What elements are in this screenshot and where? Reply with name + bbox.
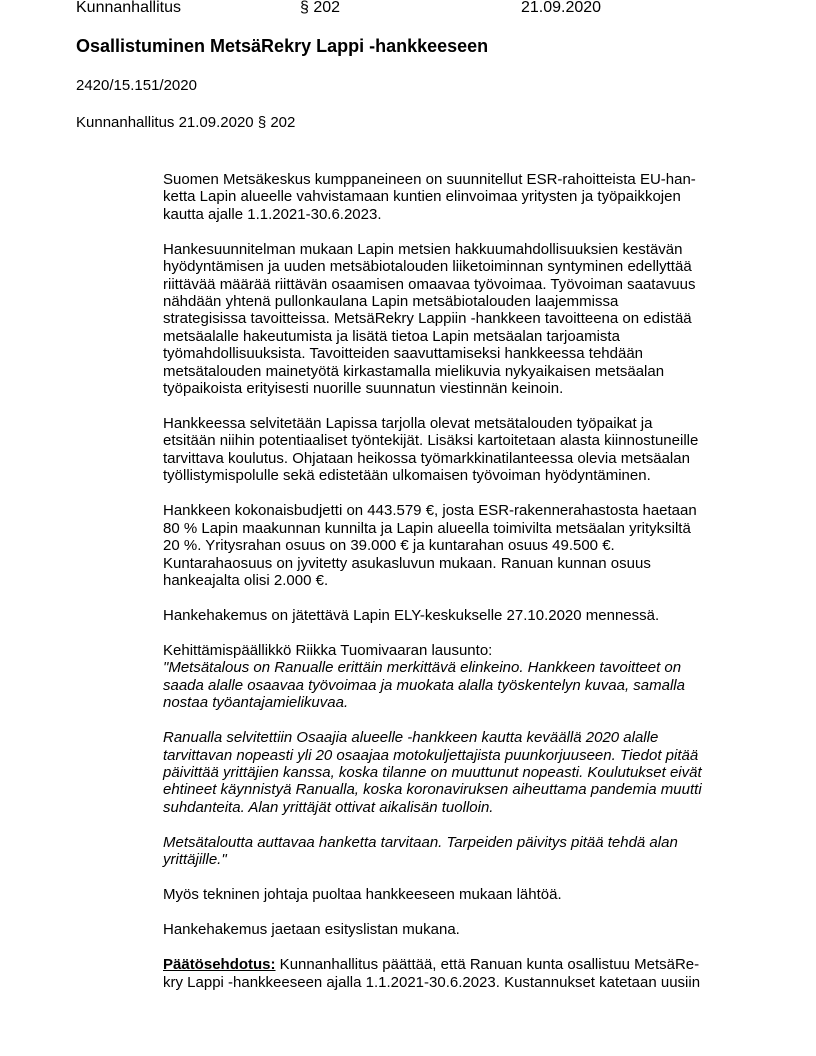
document-title: Osallistuminen MetsäRekry Lappi -hankkee… [76,36,488,57]
header-date: 21.09.2020 [521,0,601,17]
document-body: Suomen Metsäkeskus kumppaneineen on suun… [163,171,763,1009]
paragraph: Hankehakemus on jätettävä Lapin ELY-kesk… [163,607,763,624]
meeting-reference: Kunnanhallitus 21.09.2020 § 202 [76,114,295,131]
paragraph: Suomen Metsäkeskus kumppaneineen on suun… [163,171,763,223]
record-number: 2420/15.151/2020 [76,77,197,94]
paragraph: Hankkeessa selvitetään Lapissa tarjolla … [163,415,763,485]
paragraph: Hankehakemus jaetaan esityslistan mukana… [163,921,763,938]
statement-intro: Kehittämispäällikkö Riikka Tuomivaaran l… [163,642,763,659]
proposal-label: Päätösehdotus: [163,956,276,973]
statement: Kehittämispäällikkö Riikka Tuomivaaran l… [163,642,763,869]
decision-proposal: Päätösehdotus: Kunnanhallitus päättää, e… [163,956,763,991]
header-organ: Kunnanhallitus [76,0,181,17]
paragraph: Hankesuunnitelman mukaan Lapin metsien h… [163,241,763,398]
header-section: § 202 [300,0,340,17]
statement-quote: Ranualla selvitettiin Osaajia alueelle -… [163,729,763,816]
paragraph: Myös tekninen johtaja puoltaa hankkeesee… [163,886,763,903]
paragraph: Hankkeen kokonaisbudjetti on 443.579 €, … [163,502,763,589]
statement-quote: "Metsätalous on Ranualle erittäin merkit… [163,659,763,711]
statement-quote: Metsätaloutta auttavaa hanketta tarvitaa… [163,834,763,869]
